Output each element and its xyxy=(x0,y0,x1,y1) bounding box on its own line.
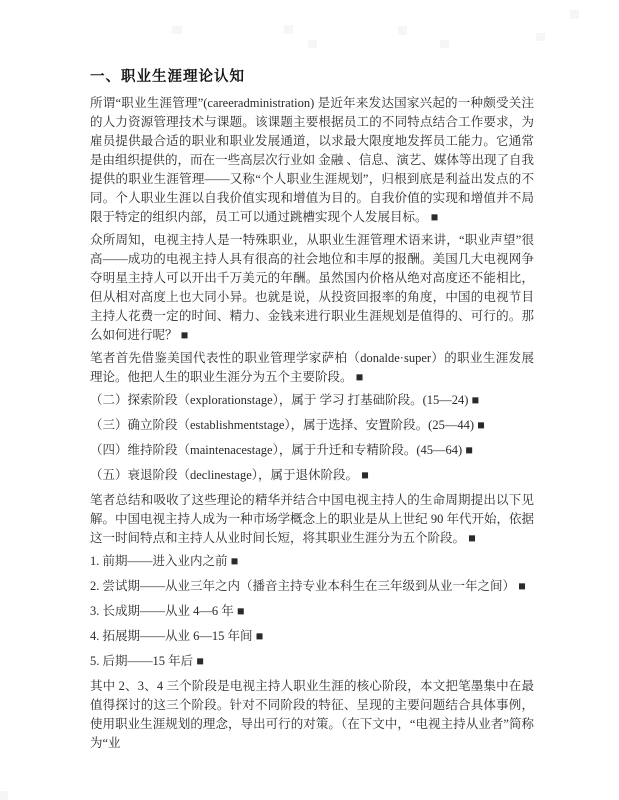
para-super-theory-intro: 笔者首先借鉴美国代表性的职业管理学家萨柏（donalde·super）的职业生涯… xyxy=(90,349,534,387)
scan-artifact xyxy=(308,40,317,48)
list-item-phase-4-expansion: 4. 拓展期——从业 6—15 年间 ■ xyxy=(90,627,534,646)
list-item-phase-5-late: 5. 后期——15 年后 ■ xyxy=(90,652,534,671)
scan-artifact xyxy=(398,26,407,35)
list-item-phase-1-early: 1. 前期——进入业内之前 ■ xyxy=(90,552,534,571)
list-item-decline-stage: （五）衰退阶段（declinestage），属于退休阶段。 ■ xyxy=(90,466,534,485)
para-tv-host-profession: 众所周知，电视主持人是一特殊职业，从职业生涯管理术语来讲，“职业声望”很高——成… xyxy=(90,231,534,345)
para-career-management-definition: 所谓“职业生涯管理”(careeradministration) 是近年来发达国… xyxy=(90,94,534,227)
document-page: 一、职业生涯理论认知 所谓“职业生涯管理”(careeradministrati… xyxy=(0,0,619,800)
list-item-establishment-stage: （三）确立阶段（establishmentstage），属于选择、安置阶段。(2… xyxy=(90,416,534,435)
scan-artifact xyxy=(570,10,579,19)
para-core-stages: 其中 2、3、4 三个阶段是电视主持人职业生涯的核心阶段，本文把笔墨集中在最值得… xyxy=(90,677,534,753)
list-item-exploration-stage: （二）探索阶段（explorationstage），属于 学习 打基础阶段。(1… xyxy=(90,391,534,410)
scan-artifact xyxy=(172,26,182,34)
list-item-maintenance-stage: （四）维持阶段（maintenacestage），属于升迁和专精阶段。(45—6… xyxy=(90,441,534,460)
section-heading: 一、职业生涯理论认知 xyxy=(90,68,534,86)
document-text-block: 一、职业生涯理论认知 所谓“职业生涯管理”(careeradministrati… xyxy=(90,68,534,757)
scan-artifact xyxy=(284,25,293,34)
list-item-phase-3-growth: 3. 长成期——从业 4—6 年 ■ xyxy=(90,602,534,621)
scan-artifact xyxy=(536,33,545,41)
scan-artifact xyxy=(440,40,449,48)
scan-artifact xyxy=(0,791,8,800)
list-item-phase-2-trial: 2. 尝试期——从业三年之内（播音主持专业本科生在三年级到从业一年之间） ■ xyxy=(90,577,534,596)
para-author-summary: 笔者总结和吸收了这些理论的精华并结合中国电视主持人的生命周期提出以下见解。中国电… xyxy=(90,491,534,548)
